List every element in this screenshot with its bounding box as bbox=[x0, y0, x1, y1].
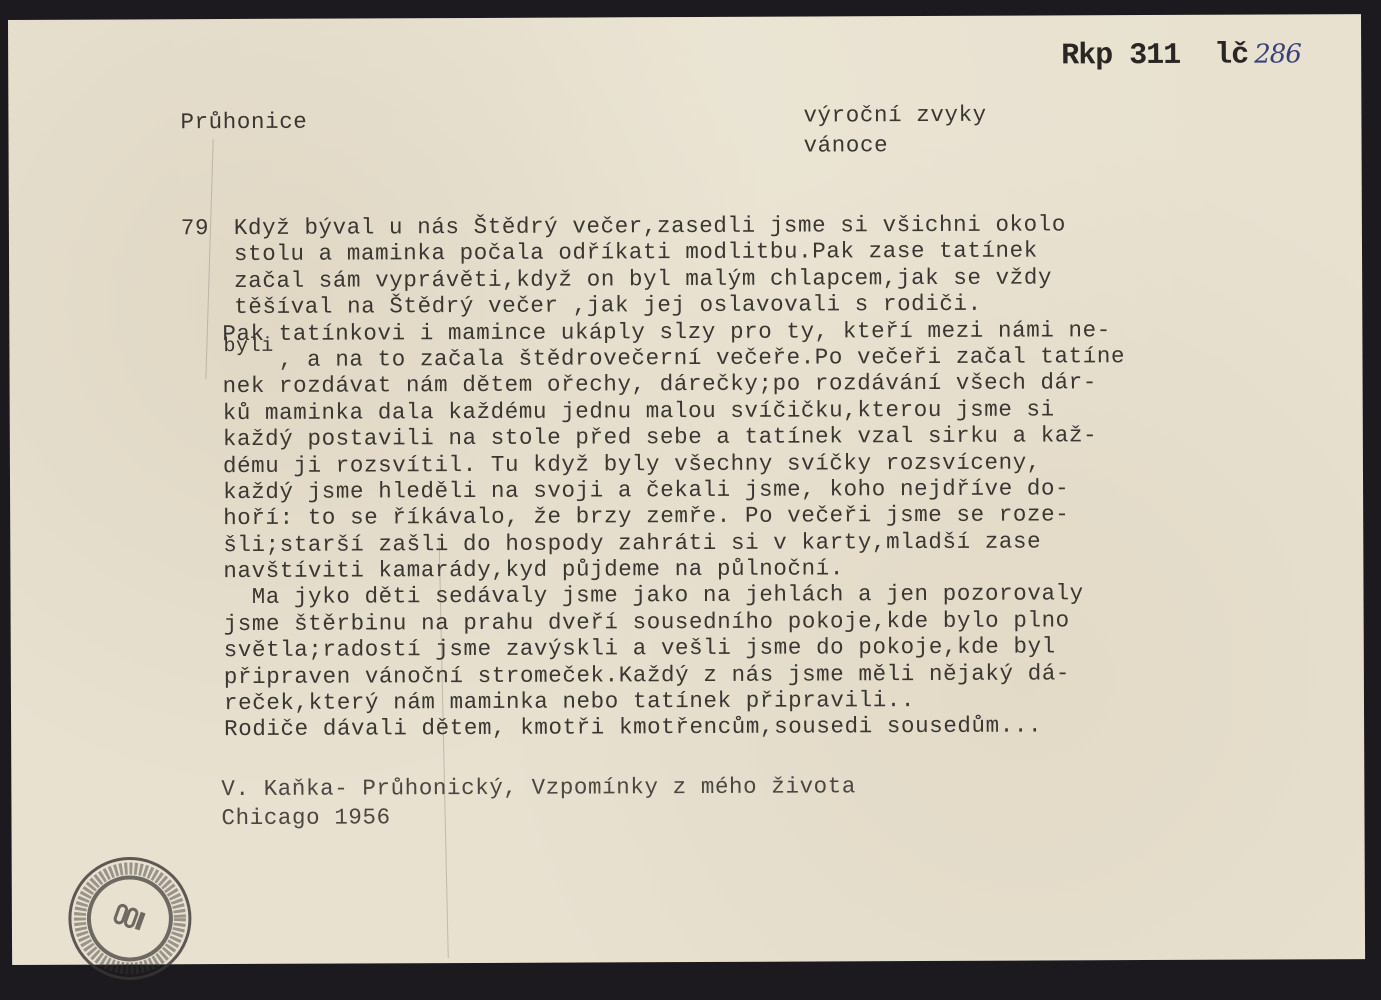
body-line: šli;starší zašli do hospody zahráti si v… bbox=[223, 528, 1126, 558]
body-line: těšíval na Štědrý večer ,jak jej oslavov… bbox=[234, 290, 1125, 320]
body-line: , a na to začala štědrovečerní večeře.Po… bbox=[222, 343, 1125, 373]
body-line: reček,který nám maminka nebo tatínek při… bbox=[224, 686, 1127, 716]
shelfmark-handwritten-number: 286 bbox=[1254, 39, 1301, 69]
source-place-year: Chicago 1956 bbox=[221, 801, 856, 833]
body-text: Když býval u nás Štědrý večer,zasedli js… bbox=[234, 211, 1127, 743]
body-line: Když býval u nás Štědrý večer,zasedli js… bbox=[234, 211, 1125, 241]
body-line: stolu a maminka počala odříkati modlitbu… bbox=[234, 238, 1125, 268]
pencil-mark bbox=[205, 139, 213, 379]
shelfmark-typed: Rkp 311 lč bbox=[1061, 39, 1248, 74]
entry-number: 79 bbox=[181, 215, 209, 241]
body-line: Rodiče dávali dětem, kmotři kmotřencům,s… bbox=[224, 713, 1127, 743]
body-line: dému ji rozsvítil. Tu když byly všechny … bbox=[223, 449, 1126, 479]
shelfmark: Rkp 311 lč286 bbox=[1061, 38, 1301, 73]
body-line: Pak tatínkovi i mamince ukáply slzy pro … bbox=[222, 317, 1125, 347]
place-name: Průhonice bbox=[180, 109, 307, 136]
body-line: jsme štěrbinu na prahu dveří sousedního … bbox=[224, 607, 1127, 637]
body-line: každý postavili na stole před sebe a tat… bbox=[223, 422, 1126, 452]
body-line: připraven vánoční stromeček.Každý z nás … bbox=[224, 660, 1127, 690]
body-line: navštíviti kamarády,kyd půjdeme na půlno… bbox=[223, 554, 1126, 584]
source-author-title: V. Kaňka- Průhonický, Vzpomínky z mého ž… bbox=[221, 772, 856, 804]
overtyped-word: byli bbox=[223, 338, 273, 356]
body-line: ků maminka dala každému jednu malou svíč… bbox=[223, 396, 1126, 426]
topic-block: výroční zvykyvánoce bbox=[803, 100, 987, 161]
body-line: světla;radostí jsme zavýskli a vešli jsm… bbox=[224, 633, 1127, 663]
archive-stamp-icon bbox=[64, 852, 197, 985]
body-line: začal sám vyprávěti,když on byl malým ch… bbox=[234, 264, 1125, 294]
source-citation: V. Kaňka- Průhonický, Vzpomínky z mého ž… bbox=[221, 772, 856, 833]
topic-subcategory: vánoce bbox=[803, 130, 986, 161]
body-line: každý jsme hleděli na svoji a čekali jsm… bbox=[223, 475, 1126, 505]
body-line: nek rozdávat nám dětem ořechy, dárečky;p… bbox=[223, 369, 1126, 399]
index-card: Rkp 311 lč286 Průhonice výroční zvykyván… bbox=[8, 14, 1365, 965]
topic-category: výroční zvyky bbox=[803, 100, 986, 131]
body-line: Ma jyko děti sedávaly jsme jako na jehlá… bbox=[223, 581, 1126, 611]
body-line: hoří: to se říkávalo, že brzy zemře. Po … bbox=[223, 501, 1126, 531]
